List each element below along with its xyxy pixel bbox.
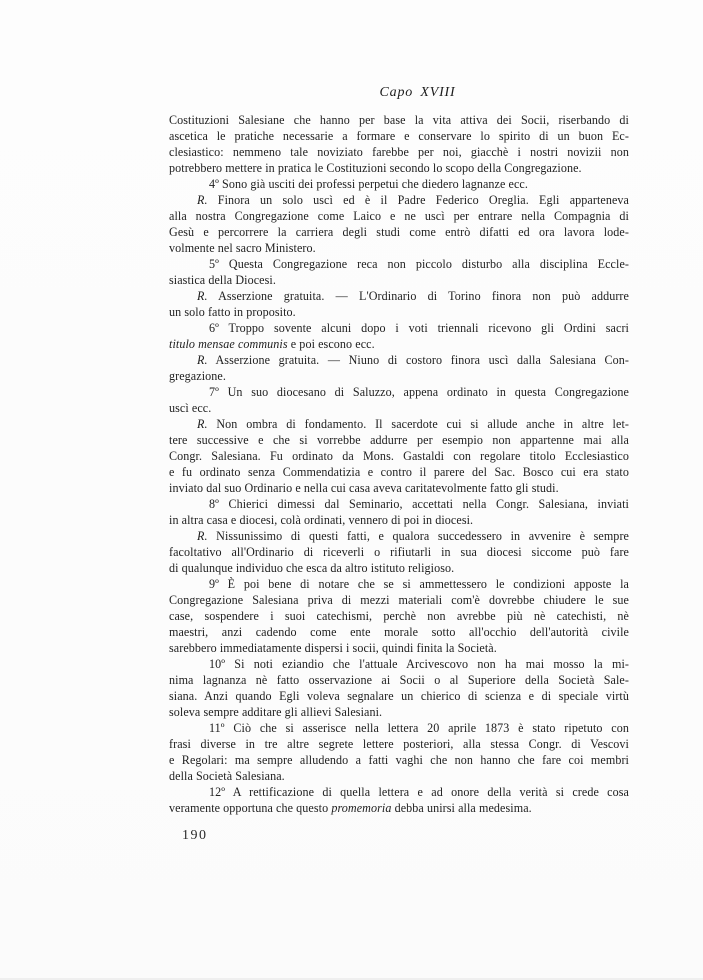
text-line: potrebbero mettere in pratica le Costitu… <box>169 160 629 176</box>
text-line: Gesù e percorrere la carriera degli stud… <box>169 224 629 240</box>
text-line: 10º Si noti eziandio che l'attuale Arciv… <box>169 656 629 672</box>
text-line: R. Non ombra di fondamento. Il sacerdote… <box>169 416 629 432</box>
paragraph: 6º Troppo sovente alcuni dopo i voti tri… <box>169 320 629 352</box>
text-line: 7º Un suo diocesano di Saluzzo, appena o… <box>169 384 629 400</box>
text-line: R. Asserzione gratuita. — Niuno di costo… <box>169 352 629 368</box>
text-line: 12º A rettificazione di quella lettera e… <box>169 784 629 800</box>
text-line: soleva sempre additare gli allievi Sales… <box>169 704 629 720</box>
text-line: R. Nissunissimo di questi fatti, e qualo… <box>169 528 629 544</box>
text-line: facoltativo all'Ordinario di riceverli o… <box>169 544 629 560</box>
paragraph: 5º Questa Congregazione reca non piccolo… <box>169 256 629 288</box>
paragraph: 11º Ciò che si asserisce nella lettera 2… <box>169 720 629 784</box>
text-line: alla nostra Congregazione come Laico e n… <box>169 208 629 224</box>
text-line: uscì ecc. <box>169 400 629 416</box>
paragraph: 4º Sono già usciti dei professi perpetui… <box>169 176 629 192</box>
text-line: sarebbero immediatamente dispersi i soci… <box>169 640 629 656</box>
paragraph: R. Asserzione gratuita. — Niuno di costo… <box>169 352 629 384</box>
text-line: case, sospendere i suoi catechismi, perc… <box>169 608 629 624</box>
text-line: R. Asserzione gratuita. — L'Ordinario di… <box>169 288 629 304</box>
text-line: di qualunque individuo che esca da altro… <box>169 560 629 576</box>
text-line: 8º Chierici dimessi dal Seminario, accet… <box>169 496 629 512</box>
paragraph: R. Asserzione gratuita. — L'Ordinario di… <box>169 288 629 320</box>
text-line: inviato dal suo Ordinario e nella cui ca… <box>169 480 629 496</box>
text-line: titulo mensae communis e poi escono ecc. <box>169 336 629 352</box>
text-line: un solo fatto in proposito. <box>169 304 629 320</box>
text-line: della Società Salesiana. <box>169 768 629 784</box>
text-line: in altra casa e diocesi, colà ordinati, … <box>169 512 629 528</box>
text-line: 4º Sono già usciti dei professi perpetui… <box>169 176 629 192</box>
text-line: volmente nel sacro Ministero. <box>169 240 629 256</box>
paragraph: 7º Un suo diocesano di Saluzzo, appena o… <box>169 384 629 416</box>
scanned-book-page: { "document": { "header": "Capo XVIII", … <box>0 0 703 980</box>
paragraph: R. Finora un solo uscì ed è il Padre Fed… <box>169 192 629 256</box>
paragraph: 12º A rettificazione di quella lettera e… <box>169 784 629 816</box>
chapter-heading: Capo XVIII <box>0 85 703 101</box>
text-line: siana. Anzi quando Egli voleva segnalare… <box>169 688 629 704</box>
text-line: ascetica le pratiche necessarie a formar… <box>169 128 629 144</box>
text-line: Congr. Salesiana. Fu ordinato da Mons. G… <box>169 448 629 464</box>
text-line: R. Finora un solo uscì ed è il Padre Fed… <box>169 192 629 208</box>
text-line: siastica della Diocesi. <box>169 272 629 288</box>
paragraph: 9º È poi bene di notare che se si ammett… <box>169 576 629 656</box>
text-line: 11º Ciò che si asserisce nella lettera 2… <box>169 720 629 736</box>
text-line: e Regolari: ma sempre alludendo a fatti … <box>169 752 629 768</box>
text-block: Costituzioni Salesiane che hanno per bas… <box>169 112 629 816</box>
text-line: tere successive e che si vorrebbe addurr… <box>169 432 629 448</box>
page-background: Capo XVIII Costituzioni Salesiane che ha… <box>0 0 703 980</box>
text-line: 6º Troppo sovente alcuni dopo i voti tri… <box>169 320 629 336</box>
paragraph: R. Non ombra di fondamento. Il sacerdote… <box>169 416 629 496</box>
text-line: e fu ordinato senza Commendatizia e cont… <box>169 464 629 480</box>
page-number: 190 <box>182 828 208 844</box>
text-line: maestri, anzi cadendo come ente morale s… <box>169 624 629 640</box>
text-line: Costituzioni Salesiane che hanno per bas… <box>169 112 629 128</box>
text-line: 9º È poi bene di notare che se si ammett… <box>169 576 629 592</box>
paragraph: Costituzioni Salesiane che hanno per bas… <box>169 112 629 176</box>
text-line: gregazione. <box>169 368 629 384</box>
paragraph: 8º Chierici dimessi dal Seminario, accet… <box>169 496 629 528</box>
paragraph: R. Nissunissimo di questi fatti, e qualo… <box>169 528 629 576</box>
text-line: Congregazione Salesiana priva di mezzi m… <box>169 592 629 608</box>
text-line: 5º Questa Congregazione reca non piccolo… <box>169 256 629 272</box>
text-line: frasi diverse in tre altre segrete lette… <box>169 736 629 752</box>
paragraph: 10º Si noti eziandio che l'attuale Arciv… <box>169 656 629 720</box>
text-line: veramente opportuna che questo promemori… <box>169 800 629 816</box>
text-line: clesiastico: nemmeno tale noviziato fare… <box>169 144 629 160</box>
text-line: nima lagnanza nè fatto osservazione ai S… <box>169 672 629 688</box>
